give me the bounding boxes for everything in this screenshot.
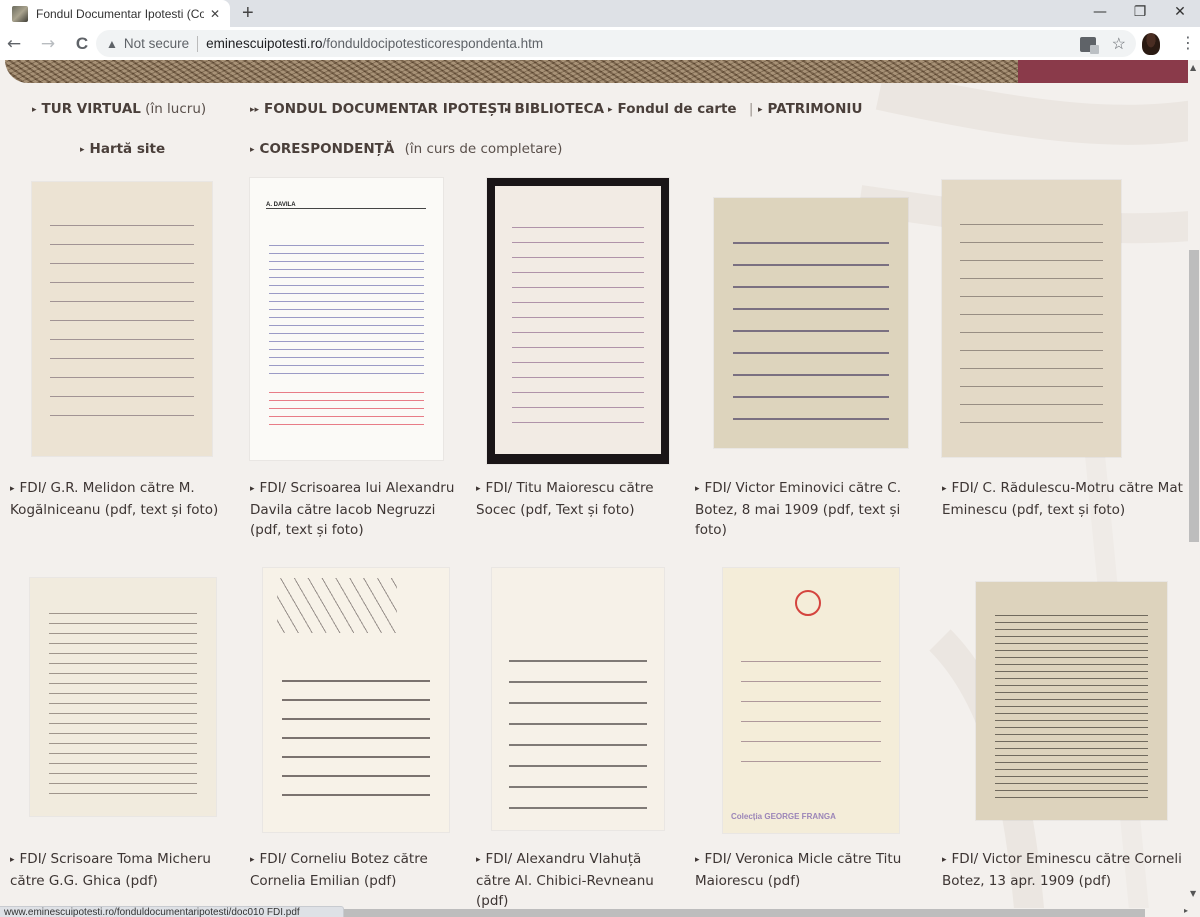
close-window-button[interactable]: ✕ [1160,0,1200,27]
arrow-icon: ▸ [505,105,510,115]
arrow-icon: ▸ [758,105,763,115]
document-link-8[interactable]: ▸FDI/ Veronica Micle către TituMaiorescu… [695,849,935,891]
document-thumbnail-eminovici-botez[interactable] [714,198,908,448]
document-link-6[interactable]: ▸FDI/ Corneliu Botez cătreCornelia Emili… [250,849,480,891]
scroll-right-arrow-icon[interactable]: ▸ [1184,906,1188,915]
document-link-7[interactable]: ▸FDI/ Alexandru Vlahuțăcătre Al. Chibici… [476,849,696,908]
favicon-icon [12,6,28,22]
handwriting [960,213,1103,435]
nav-link[interactable]: Hartă site [90,141,166,157]
handwriting [512,218,645,432]
nav-link[interactable]: BIBLIOTECA [515,101,605,117]
tab-strip: Fondul Documentar Ipotesti (Cor ✕ + — ❐ … [0,0,1200,27]
double-arrow-icon: ▸▸ [250,105,259,115]
new-tab-button[interactable]: + [242,2,254,25]
scroll-down-arrow-icon[interactable]: ▼ [1190,889,1196,898]
handwriting [282,668,431,811]
minimize-button[interactable]: — [1080,0,1120,27]
arrow-icon: ▸ [250,855,255,865]
reload-button[interactable]: C [71,34,93,54]
browser-menu-icon[interactable]: ⋮ [1180,33,1196,52]
arrow-icon: ▸ [942,484,947,494]
scroll-up-arrow-icon[interactable]: ▲ [1190,63,1196,72]
vertical-scroll-thumb[interactable] [1189,250,1199,542]
profile-avatar[interactable] [1142,33,1160,55]
window-controls: — ❐ ✕ [1080,0,1200,27]
arrow-icon: ▸ [476,484,481,494]
header-banner-image [5,60,1188,83]
document-link-5[interactable]: ▸FDI/ Scrisoare Toma Micherucătre G.G. G… [10,849,240,891]
nav-link[interactable]: TUR VIRTUAL [42,101,141,117]
collection-stamp: Colecția GEORGE FRANGA [731,812,836,821]
nav-link[interactable]: PATRIMONIU [768,101,863,117]
back-button[interactable]: ← [3,34,25,54]
arrow-icon: ▸ [695,484,700,494]
url-host[interactable]: eminescuipotesti.ro [206,36,322,51]
handwriting [733,228,888,428]
nav-harta-site[interactable]: ▸Hartă site [80,141,165,157]
document-thumbnail-maiorescu-socec[interactable] [487,178,669,464]
divider [197,36,198,52]
arrow-icon: ▸ [608,105,613,115]
arrow-icon: ▸ [476,855,481,865]
handwriting [741,648,882,781]
nav-biblioteca[interactable]: ▸BIBLIOTECA [505,101,604,117]
document-link-4[interactable]: ▸FDI/ C. Rădulescu-Motru către MatEmines… [942,478,1188,520]
arrow-icon: ▸ [695,855,700,865]
letter-page [495,186,661,454]
nav-fondul-de-carte[interactable]: ▸Fondul de carte | [608,101,761,117]
restore-button[interactable]: ❐ [1120,0,1160,27]
browser-toolbar: ← → C ▲ Not secure eminescuipotesti.ro/f… [0,27,1200,60]
address-bar[interactable]: ▲ Not secure eminescuipotesti.ro/fonduld… [96,30,1136,57]
nav-link[interactable]: Fondul de carte [618,101,737,117]
url-path[interactable]: /fonduldocipotesticorespondenta.htm [322,36,543,51]
arrow-icon: ▸ [80,145,85,155]
arrow-icon: ▸ [10,855,15,865]
document-link-1[interactable]: ▸FDI/ Scrisoarea lui AlexandruDavila căt… [250,478,480,540]
link-status-bar: www.eminescuipotesti.ro/fonduldocumentar… [0,906,344,917]
page-viewport: ▸TUR VIRTUAL (în lucru) ▸▸FONDUL DOCUMEN… [0,60,1188,908]
forward-button[interactable]: → [37,34,59,54]
document-thumbnail-davila[interactable]: A. DAVILA [250,178,443,460]
document-thumbnail-vlahuta[interactable] [492,568,664,830]
handwriting [50,215,194,434]
nav-link[interactable]: CORESPONDENȚĂ [260,141,395,157]
document-thumbnail-melidon[interactable] [32,182,212,456]
marginal-notes [277,578,397,633]
header-banner-accent [1018,60,1188,83]
arrow-icon: ▸ [32,105,37,115]
document-thumbnail-radulescu-motru[interactable] [942,180,1121,457]
nav-fondul-documentar[interactable]: ▸▸FONDUL DOCUMENTAR IPOTEȘTI [250,101,512,117]
red-stamp-icon [795,590,821,616]
document-link-0[interactable]: ▸FDI/ G.R. Melidon către M.Kogălniceanu … [10,478,240,520]
document-thumbnail-micheru-ghica[interactable] [30,578,216,816]
vertical-scrollbar[interactable]: ▲ ▼ [1188,60,1200,908]
document-link-9[interactable]: ▸FDI/ Victor Eminescu către CorneliBotez… [942,849,1188,891]
arrow-icon: ▸ [942,855,947,865]
nav-corespondenta[interactable]: ▸CORESPONDENȚĂ (în curs de completare) [250,141,562,157]
handwriting [995,611,1148,801]
handwriting [509,647,647,809]
nav-link[interactable]: FONDUL DOCUMENTAR IPOTEȘTI [264,101,511,117]
letterhead: A. DAVILA [266,202,426,209]
document-thumbnail-micle-maiorescu[interactable]: Colecția GEORGE FRANGA [723,568,899,833]
close-tab-icon[interactable]: ✕ [210,7,220,21]
arrow-icon: ▸ [250,484,255,494]
translate-icon[interactable] [1080,37,1096,52]
browser-tab[interactable]: Fondul Documentar Ipotesti (Cor ✕ [0,0,230,27]
handwriting [49,607,198,797]
warning-icon[interactable]: ▲ [106,37,118,51]
arrow-icon: ▸ [250,145,255,155]
typed-text-red [269,387,423,432]
document-link-3[interactable]: ▸FDI/ Victor Eminovici către C.Botez, 8 … [695,478,935,540]
nav-note: (în curs de completare) [405,141,563,157]
tab-title: Fondul Documentar Ipotesti (Cor [36,7,204,21]
bookmark-star-icon[interactable]: ☆ [1112,34,1126,54]
document-link-2[interactable]: ▸FDI/ Titu Maiorescu cătreSocec (pdf, Te… [476,478,696,520]
security-label[interactable]: Not secure [124,36,189,51]
document-thumbnail-eminescu-botez[interactable] [976,582,1167,820]
document-thumbnail-botez-emilian[interactable] [263,568,449,832]
nav-separator: | [749,101,754,117]
typed-text [269,240,423,375]
nav-tur-virtual[interactable]: ▸TUR VIRTUAL (în lucru) [32,101,206,117]
nav-patrimoniu[interactable]: ▸PATRIMONIU [758,101,862,117]
arrow-icon: ▸ [10,484,15,494]
nav-note: (în lucru) [145,101,206,117]
